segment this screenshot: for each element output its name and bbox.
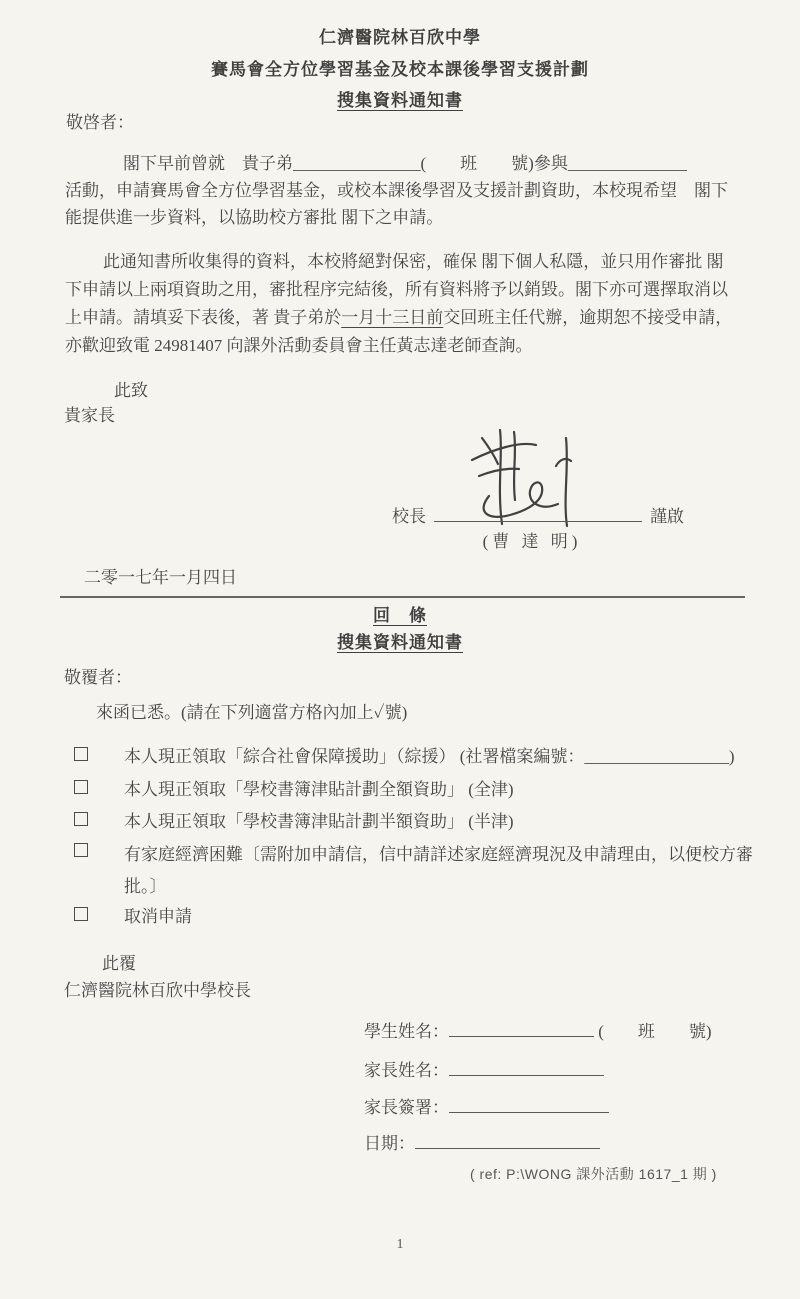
option-cancel-application-label: 取消申請 <box>124 903 192 930</box>
school-name: 仁濟醫院林百欣中學 <box>0 24 800 51</box>
paragraph-1: 閣下早前曾就 貴子弟_______________( 班 號)參與_______… <box>65 150 760 231</box>
closing-phrase: 此致 <box>114 377 148 404</box>
notice-date: 二零一七年一月四日 <box>84 564 237 591</box>
parent-name-field: 家長姓名： <box>364 1057 604 1084</box>
signature-line <box>434 503 642 522</box>
paragraph-2-line-2: 下申請以上兩項資助之用，審批程序完結後，所有資料將予以銷毀。閣下亦可選擇取消以 <box>65 276 760 304</box>
paragraph-1-line-2: 活動，申請賽馬會全方位學習基金，或校本課後學習及支援計劃資助，本校現希望 閣下 <box>65 177 760 204</box>
date-blank <box>415 1131 600 1149</box>
tear-off-divider <box>60 596 745 598</box>
paragraph-1-line-1: 閣下早前曾就 貴子弟_______________( 班 號)參與_______… <box>65 150 760 177</box>
principal-label: 校長 <box>392 507 426 526</box>
parent-name-blank <box>449 1058 604 1076</box>
checkbox-financial-difficulty <box>74 843 88 857</box>
principal-name: (曹 達 明) <box>428 528 636 555</box>
date-label: 日期： <box>364 1134 415 1153</box>
student-name-field: 學生姓名： ( 班 號) <box>364 1018 712 1045</box>
option-cssa: 本人現正領取「綜合社會保障援助」（綜援） (社署檔案編號：___________… <box>74 743 735 770</box>
scanned-notice-page: 仁濟醫院林百欣中學 賽馬會全方位學習基金及校本課後學習支援計劃 搜集資料通知書 … <box>0 0 800 1299</box>
option-cancel-application: 取消申請 <box>74 903 192 930</box>
reply-instruction: 來函已悉。(請在下列適當方格內加上✓號) <box>96 699 407 726</box>
checkbox-cancel-application <box>74 907 88 921</box>
paragraph-2-line-1: 此通知書所收集得的資料，本校將絕對保密，確保 閣下個人私隱，並只用作審批 閣 <box>65 248 760 276</box>
checkbox-half-textbook-grant <box>74 812 88 826</box>
option-full-textbook-grant: 本人現正領取「學校書簿津貼計劃全額資助」 (全津) <box>74 776 514 803</box>
student-class-number-label: ( 班 號) <box>598 1022 711 1041</box>
reply-closing: 此覆 <box>102 950 136 977</box>
option-cssa-label: 本人現正領取「綜合社會保障援助」（綜援） (社署檔案編號：___________… <box>124 743 735 770</box>
option-half-textbook-grant: 本人現正領取「學校書簿津貼計劃半額資助」 (半津) <box>74 808 514 835</box>
parent-signature-blank <box>449 1095 609 1113</box>
salutation: 敬啓者： <box>66 109 134 136</box>
principal-sign-off: 謹啟 <box>650 507 684 526</box>
reply-slip-title: 回 條 <box>373 606 427 625</box>
paragraph-2: 此通知書所收集得的資料，本校將絕對保密，確保 閣下個人私隱，並只用作審批 閣 下… <box>65 248 760 360</box>
paragraph-2-line-3: 上申請。請填妥下表後，著 貴子弟於一月十三日前交回班主任代辦，逾期恕不接受申請， <box>65 304 760 332</box>
program-title: 賽馬會全方位學習基金及校本課後學習支援計劃 <box>0 56 800 83</box>
option-financial-difficulty-line-2: 批。〕 <box>124 871 753 903</box>
reply-closing-addressee: 仁濟醫院林百欣中學校長 <box>64 977 251 1004</box>
parent-name-label: 家長姓名： <box>364 1061 449 1080</box>
principal-signature-row: 校長謹啟 <box>392 503 684 530</box>
deadline-text: 一月十三日前 <box>341 308 443 327</box>
parent-signature-field: 家長簽署： <box>364 1094 609 1121</box>
deadline-post-text: 交回班主任代辦，逾期恕不接受申請， <box>443 308 732 327</box>
option-half-textbook-grant-label: 本人現正領取「學校書簿津貼計劃半額資助」 (半津) <box>124 808 514 835</box>
reply-salutation: 敬覆者： <box>64 664 132 691</box>
closing-addressee: 貴家長 <box>64 402 115 429</box>
reply-slip-subtitle: 搜集資料通知書 <box>337 633 463 652</box>
parent-signature-label: 家長簽署： <box>364 1098 449 1117</box>
date-field: 日期： <box>364 1130 600 1157</box>
paragraph-2-line-4: 亦歡迎致電 24981407 向課外活動委員會主任黃志達老師查詢。 <box>65 332 760 360</box>
checkbox-full-textbook-grant <box>74 780 88 794</box>
page-number: 1 <box>0 1231 800 1258</box>
notice-title: 搜集資料通知書 <box>337 91 463 110</box>
file-reference: ( ref: P:\WONG 課外活動 1617_1 期 ) <box>470 1161 717 1188</box>
checkbox-cssa <box>74 747 88 761</box>
option-financial-difficulty: 有家庭經濟困難〔需附加申請信，信中請詳述家庭經濟現況及申請理由，以便校方審 批。… <box>74 839 753 903</box>
student-name-blank <box>449 1019 594 1037</box>
option-financial-difficulty-label: 有家庭經濟困難〔需附加申請信，信中請詳述家庭經濟現況及申請理由，以便校方審 批。… <box>124 839 753 903</box>
student-name-label: 學生姓名： <box>364 1022 449 1041</box>
deadline-pre-text: 上申請。請填妥下表後，著 貴子弟於 <box>65 308 341 327</box>
option-full-textbook-grant-label: 本人現正領取「學校書簿津貼計劃全額資助」 (全津) <box>124 776 514 803</box>
paragraph-1-line-3: 能提供進一步資料，以協助校方審批 閣下之申請。 <box>65 204 760 231</box>
option-financial-difficulty-line-1: 有家庭經濟困難〔需附加申請信，信中請詳述家庭經濟現況及申請理由，以便校方審 <box>124 839 753 871</box>
